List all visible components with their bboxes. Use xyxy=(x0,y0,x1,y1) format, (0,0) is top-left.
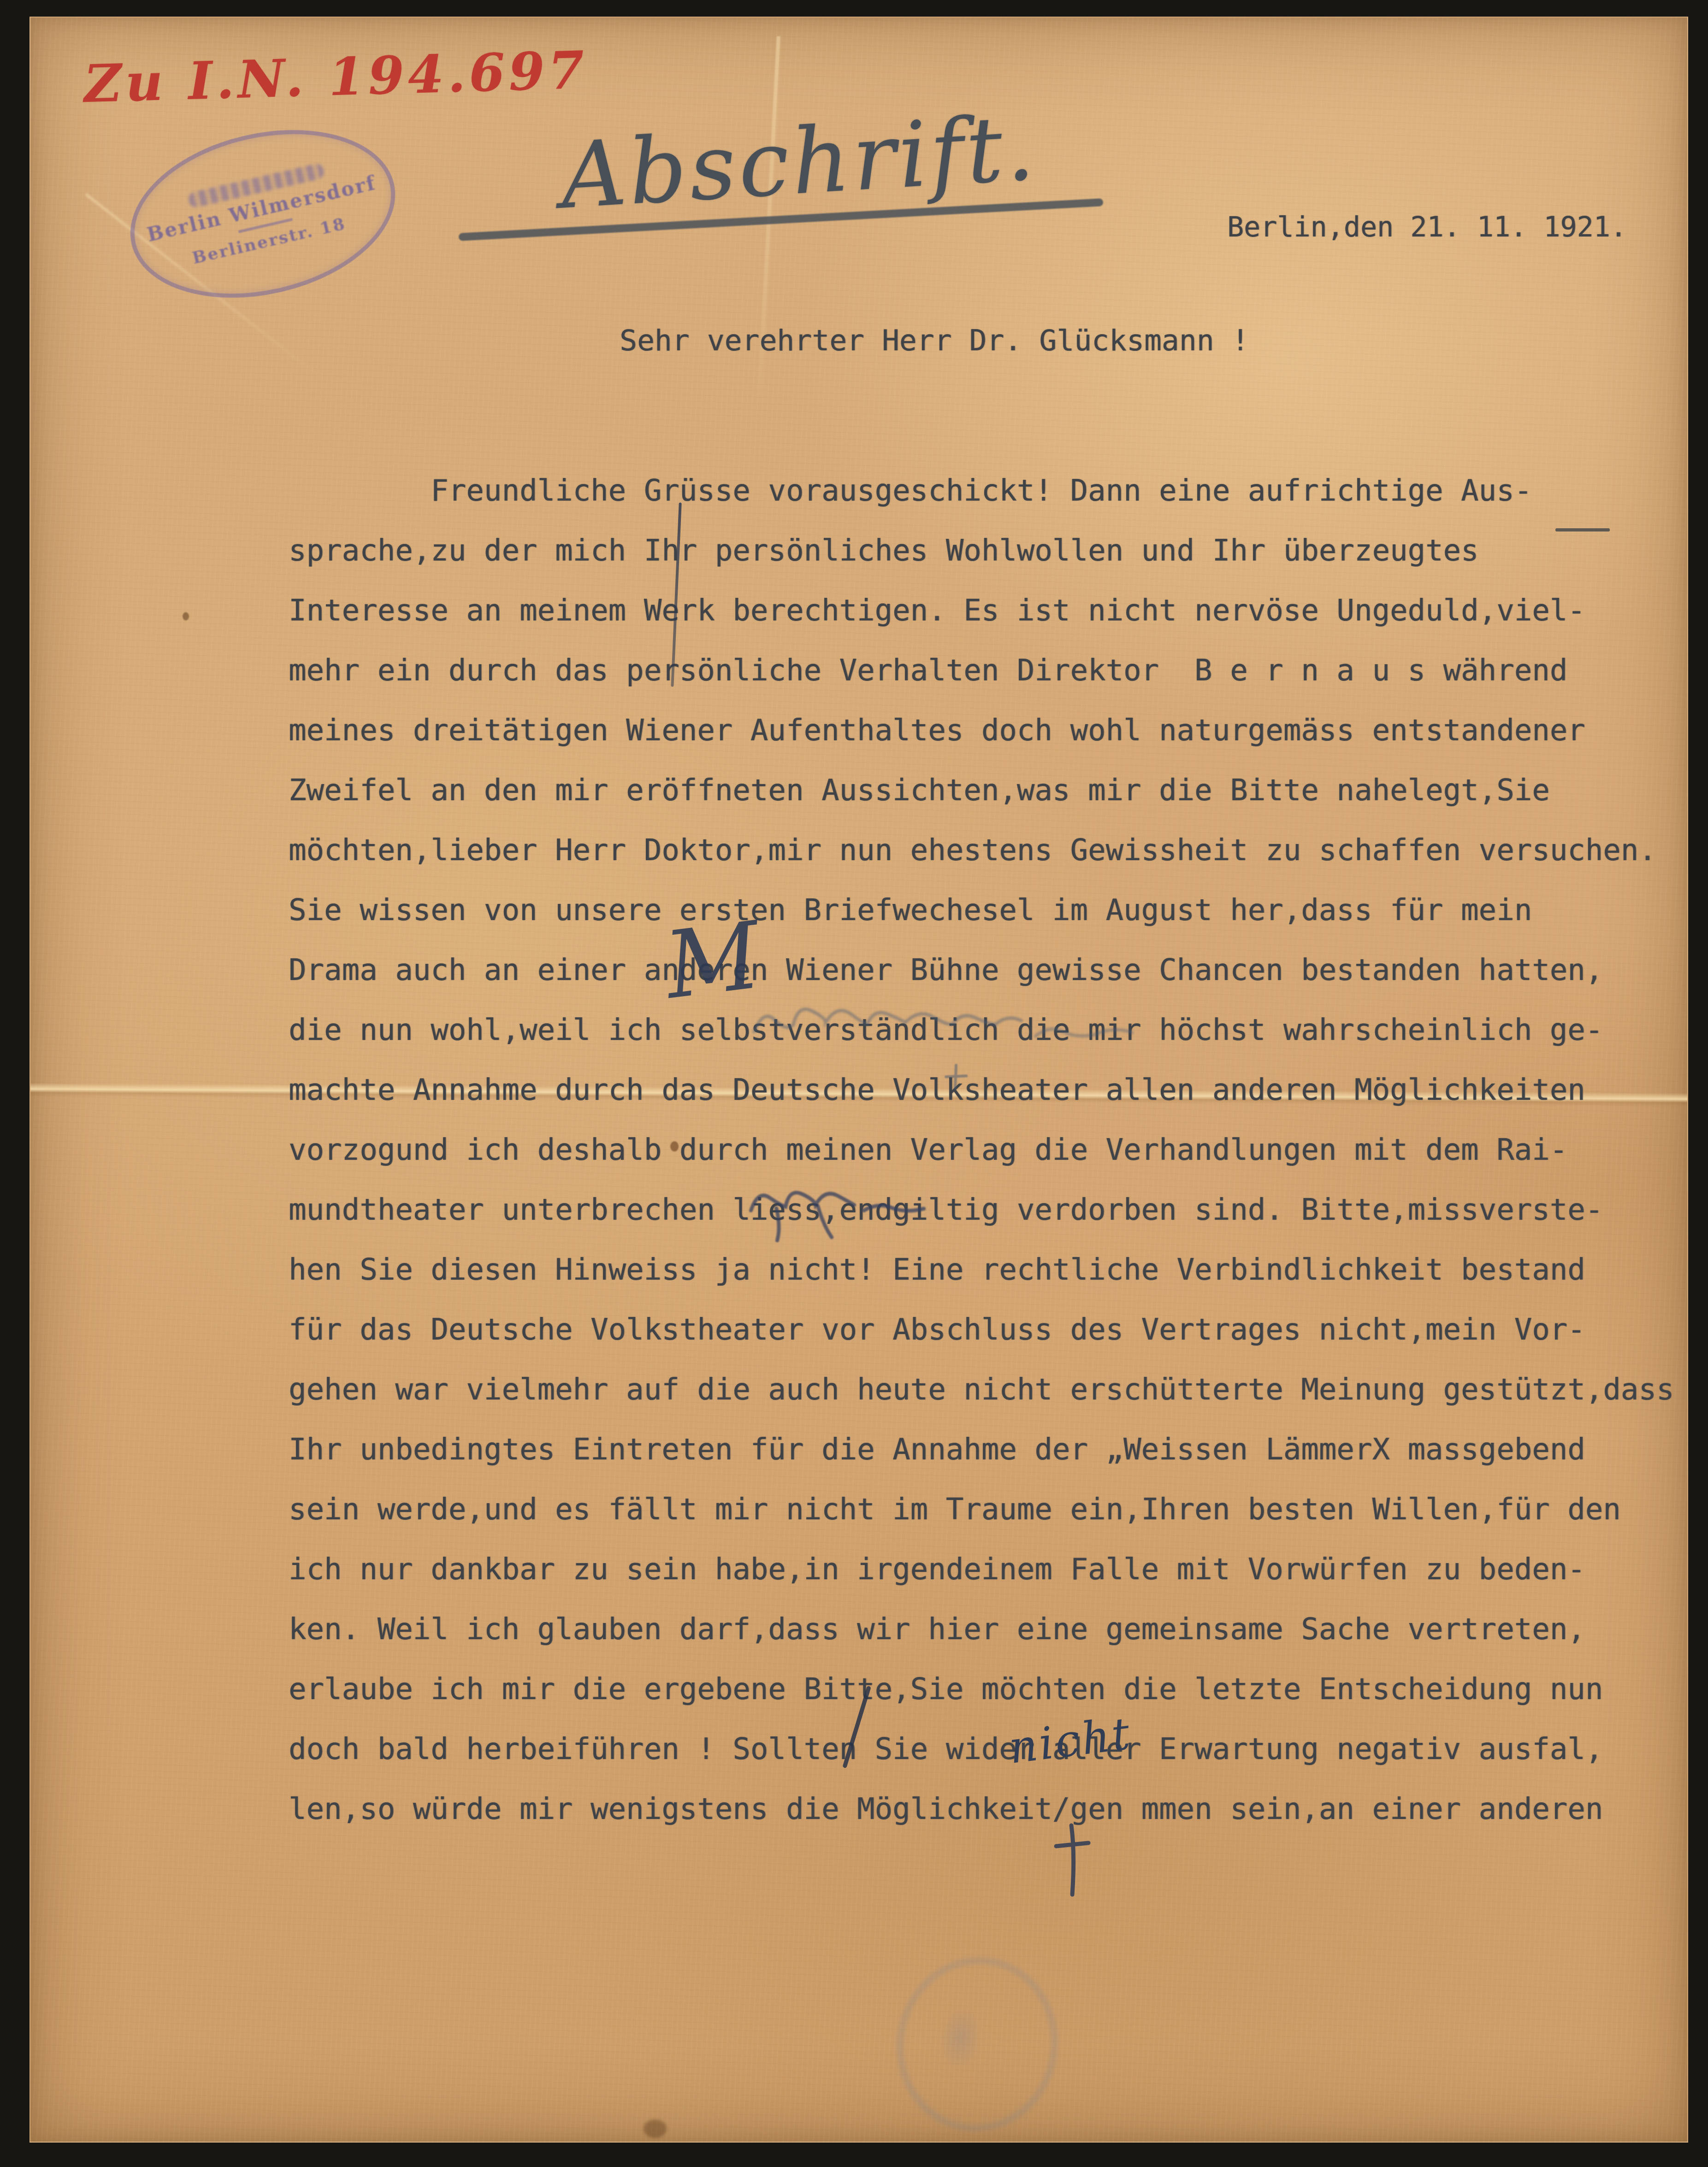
pencil-plus-mark xyxy=(942,1063,970,1091)
body-line: hen Sie diesen Hinweiss ja nicht! Eine r… xyxy=(289,1240,1699,1300)
paper-speck xyxy=(183,612,189,620)
body-line: len,so würde mir wenigstens die Möglichk… xyxy=(289,1779,1699,1839)
letter-body: Freundliche Grüsse vorausgeschickt! Dann… xyxy=(289,461,1699,1839)
faint-round-stamp-bleed xyxy=(885,1946,1070,2143)
typed-underline-artifact xyxy=(1555,528,1610,531)
faded-pencil-scribble xyxy=(750,999,1183,1050)
insertion-cross-mark xyxy=(1045,1821,1100,1899)
body-line: erlaube ich mir die ergebene Bitte,Sie m… xyxy=(289,1659,1699,1719)
body-line: sein werde,und es fällt mir nicht im Tra… xyxy=(289,1480,1699,1540)
body-line: Interesse an meinem Werk berechtigen. Es… xyxy=(289,581,1699,641)
body-line: Ihr unbedingtes Eintreten für die Annahm… xyxy=(289,1420,1699,1480)
body-line: ken. Weil ich glauben darf,dass wir hier… xyxy=(289,1600,1699,1659)
body-line: mehr ein durch das persönliche Verhalten… xyxy=(289,641,1699,701)
archive-number-handwritten: Zu I.N. 194.697 xyxy=(83,40,589,114)
edge-wear xyxy=(644,2120,667,2138)
scanned-letter-photo: { "archive_note": { "text": "Zu I.N. 194… xyxy=(0,0,1708,2167)
body-line: mundtheater unterbrechen liess,endgiltig… xyxy=(289,1180,1699,1240)
body-line: doch bald herbeiführen ! Sollten Sie wid… xyxy=(289,1719,1699,1779)
body-line: sprache,zu der mich Ihr persönliches Woh… xyxy=(289,521,1699,581)
body-line: Freundliche Grüsse vorausgeschickt! Dann… xyxy=(289,461,1699,521)
salutation: Sehr verehrter Herr Dr. Glücksmann ! xyxy=(620,324,1249,357)
body-line: Drama auch an einer anderen Wiener Bühne… xyxy=(289,940,1699,1000)
body-line: machte Annahme durch das Deutsche Volksh… xyxy=(289,1060,1699,1120)
body-line: für das Deutsche Volkstheater vor Abschl… xyxy=(289,1300,1699,1360)
dateline: Berlin,den 21. 11. 1921. xyxy=(1227,211,1627,243)
body-line: Sie wissen von unsere ersten Briefweches… xyxy=(289,880,1699,940)
body-line: Zweifel an den mir eröffneten Aussichten… xyxy=(289,761,1699,821)
body-line: möchten,lieber Herr Doktor,mir nun ehest… xyxy=(289,821,1699,880)
oval-rubber-stamp: Berlin Wilmersdorf Berlinerstr. 18 xyxy=(113,106,412,322)
body-line: meines dreitätigen Wiener Aufenthaltes d… xyxy=(289,701,1699,761)
body-line: vorzogund ich deshalb durch meinen Verla… xyxy=(289,1120,1699,1180)
letter-paper: Zu I.N. 194.697 Berlin Wilmersdorf Berli… xyxy=(30,17,1688,2143)
body-line: ich nur dankbar zu sein habe,in irgendei… xyxy=(289,1540,1699,1600)
ink-scribble-over-sind xyxy=(744,1183,956,1243)
body-line: gehen war vielmehr auf die auch heute ni… xyxy=(289,1360,1699,1420)
